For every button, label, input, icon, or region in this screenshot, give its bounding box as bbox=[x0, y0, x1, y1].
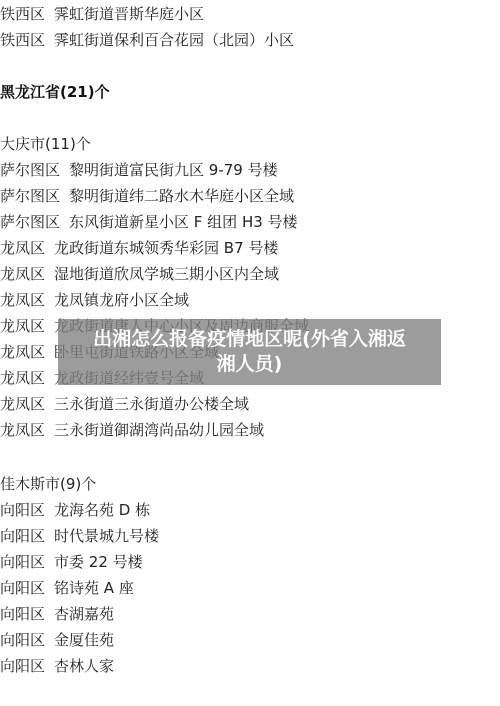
district-label: 龙凤区 bbox=[0, 342, 45, 362]
list-item: 龙凤区龙政街道东城领秀华彩园 B7 号楼 bbox=[0, 238, 278, 258]
place-label: 时代景城九号楼 bbox=[54, 527, 159, 545]
overlay-title-line1: 出湘怎么报备疫情地区呢(外省入湘返 bbox=[93, 327, 406, 352]
list-item: 龙凤区湿地街道欣凤学城三期小区内全域 bbox=[0, 264, 279, 284]
list-item: 铁西区霁虹街道晋斯华庭小区 bbox=[0, 4, 204, 24]
list-item: 向阳区龙海名苑 D 栋 bbox=[0, 500, 150, 520]
district-label: 萨尔图区 bbox=[0, 186, 60, 206]
place-label: 龙海名苑 D 栋 bbox=[54, 501, 150, 519]
district-label: 向阳区 bbox=[0, 630, 45, 650]
list-item: 向阳区市委 22 号楼 bbox=[0, 552, 143, 572]
district-label: 向阳区 bbox=[0, 500, 45, 520]
district-label: 向阳区 bbox=[0, 656, 45, 676]
district-label: 龙凤区 bbox=[0, 316, 45, 336]
list-item: 龙凤区三永街道御湖湾尚品幼儿园全域 bbox=[0, 420, 264, 440]
place-label: 霁虹街道晋斯华庭小区 bbox=[54, 5, 204, 23]
list-item: 向阳区杏林人家 bbox=[0, 656, 114, 676]
place-label: 金厦佳苑 bbox=[54, 631, 114, 649]
district-label: 萨尔图区 bbox=[0, 212, 60, 232]
district-label: 向阳区 bbox=[0, 578, 45, 598]
list-item: 向阳区时代景城九号楼 bbox=[0, 526, 159, 546]
list-item: 龙凤区三永街道三永街道办公楼全域 bbox=[0, 394, 249, 414]
district-label: 向阳区 bbox=[0, 604, 45, 624]
list-item: 铁西区霁虹街道保利百合花园（北园）小区 bbox=[0, 30, 294, 50]
place-label: 铭诗苑 A 座 bbox=[54, 579, 134, 597]
district-label: 龙凤区 bbox=[0, 264, 45, 284]
province-heading: 黑龙江省(21)个 bbox=[0, 82, 110, 102]
district-label: 铁西区 bbox=[0, 30, 45, 50]
district-label: 向阳区 bbox=[0, 526, 45, 546]
district-label: 龙凤区 bbox=[0, 394, 45, 414]
list-item: 萨尔图区黎明街道富民街九区 9-79 号楼 bbox=[0, 160, 278, 180]
overlay-title-line2: 湘人员) bbox=[217, 352, 283, 377]
place-label: 三永街道御湖湾尚品幼儿园全域 bbox=[54, 421, 264, 439]
place-label: 霁虹街道保利百合花园（北园）小区 bbox=[54, 31, 294, 49]
list-item: 龙凤区龙凤镇龙府小区全域 bbox=[0, 290, 189, 310]
place-label: 龙凤镇龙府小区全域 bbox=[54, 291, 189, 309]
list-item: 向阳区杏湖嘉苑 bbox=[0, 604, 114, 624]
district-label: 龙凤区 bbox=[0, 420, 45, 440]
list-item: 向阳区铭诗苑 A 座 bbox=[0, 578, 134, 598]
district-label: 萨尔图区 bbox=[0, 160, 60, 180]
city-heading-daqing: 大庆市(11)个 bbox=[0, 134, 91, 154]
place-label: 杏湖嘉苑 bbox=[54, 605, 114, 623]
place-label: 杏林人家 bbox=[54, 657, 114, 675]
place-label: 黎明街道纬二路水木华庭小区全域 bbox=[69, 187, 294, 205]
list-item: 萨尔图区黎明街道纬二路水木华庭小区全域 bbox=[0, 186, 294, 206]
district-label: 龙凤区 bbox=[0, 368, 45, 388]
city-heading-jiamusi: 佳木斯市(9)个 bbox=[0, 474, 96, 494]
place-label: 市委 22 号楼 bbox=[54, 553, 143, 571]
district-label: 向阳区 bbox=[0, 552, 45, 572]
title-overlay-banner: 出湘怎么报备疫情地区呢(外省入湘返 湘人员) bbox=[58, 319, 441, 385]
list-item: 向阳区金厦佳苑 bbox=[0, 630, 114, 650]
place-label: 三永街道三永街道办公楼全域 bbox=[54, 395, 249, 413]
district-label: 龙凤区 bbox=[0, 290, 45, 310]
place-label: 黎明街道富民街九区 9-79 号楼 bbox=[69, 161, 278, 179]
place-label: 湿地街道欣凤学城三期小区内全域 bbox=[54, 265, 279, 283]
list-item: 萨尔图区东风街道新星小区 F 组团 H3 号楼 bbox=[0, 212, 298, 232]
place-label: 东风街道新星小区 F 组团 H3 号楼 bbox=[69, 213, 298, 231]
place-label: 龙政街道东城领秀华彩园 B7 号楼 bbox=[54, 239, 278, 257]
district-label: 铁西区 bbox=[0, 4, 45, 24]
district-label: 龙凤区 bbox=[0, 238, 45, 258]
